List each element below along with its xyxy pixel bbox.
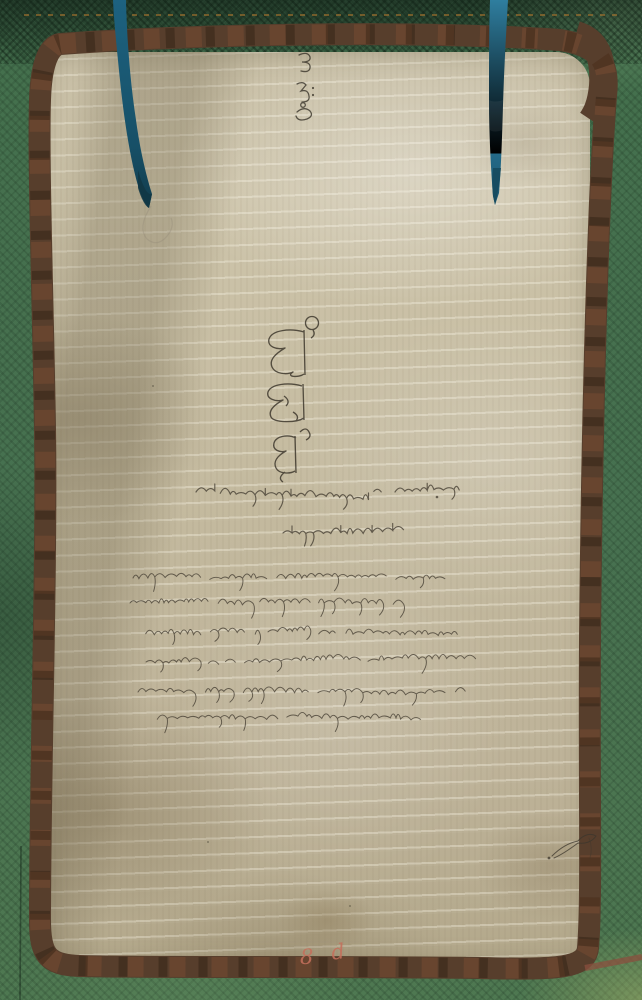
top-syllable-marks (296, 53, 314, 120)
body-line-5 (138, 687, 465, 706)
handwriting-block (130, 483, 476, 732)
body-line-1 (133, 573, 445, 591)
specks (152, 385, 351, 907)
photo-overlay: 8 d (0, 0, 642, 1000)
seed-syllables (268, 317, 319, 483)
mantra-line-2 (283, 523, 403, 546)
body-line-2 (130, 598, 405, 618)
thangka-photo: 8 d (0, 0, 642, 1000)
red-mark-2: d (330, 939, 347, 965)
body-line-4 (146, 654, 476, 673)
pencil-scribble (143, 206, 172, 243)
border-seam (20, 846, 21, 1000)
ribbon-right (489, 0, 508, 205)
body-line-6 (157, 712, 420, 732)
mantra-end-dot (436, 496, 439, 499)
inner-trim (40, 34, 642, 969)
mantra-line-1 (196, 483, 459, 509)
red-mark-1: 8 (300, 945, 313, 969)
body-line-3 (146, 626, 458, 645)
